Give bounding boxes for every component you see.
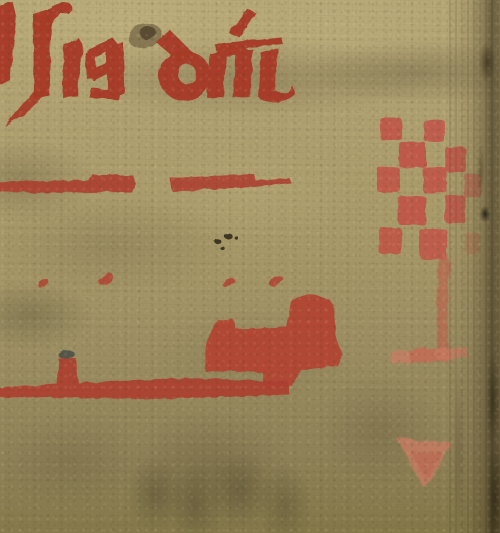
faded-red-marks-group	[391, 257, 468, 489]
checker-square-5	[377, 167, 400, 192]
checkerboard-ornament	[377, 118, 481, 259]
checker-square-2	[424, 120, 445, 142]
checker-square-12	[465, 233, 479, 253]
rubric-abbrev-slash	[229, 9, 256, 38]
rubric-letter-n	[207, 45, 253, 98]
rubric-artwork-layer	[0, 0, 500, 533]
checker-square-6	[423, 167, 446, 193]
red-dot-4	[268, 274, 285, 289]
neume-ligature	[205, 294, 343, 389]
rubric-letter-partial	[0, 2, 16, 88]
checker-square-1	[380, 118, 402, 140]
checker-square-9	[445, 195, 465, 223]
rubric-letter-d-bowl	[159, 51, 211, 101]
checker-square-7	[464, 174, 481, 198]
rubric-letter-a	[85, 38, 125, 100]
cross-stroke-core	[408, 348, 437, 363]
ink-specks	[215, 233, 238, 251]
staff-line-segment-2	[170, 174, 291, 191]
red-ink-group	[0, 2, 343, 399]
rubric-letter-i2	[258, 48, 295, 102]
red-dot-3	[221, 276, 236, 289]
staff-line-segment-1	[0, 175, 137, 193]
checker-square-10	[379, 228, 402, 254]
red-dot-2	[97, 271, 115, 286]
manuscript-page	[0, 0, 500, 533]
checker-square-3	[399, 142, 426, 168]
checker-square-4	[445, 147, 466, 172]
red-dot-1	[36, 277, 50, 290]
rubric-letter-h-descender	[5, 88, 47, 127]
checker-square-11	[420, 229, 447, 259]
rubric-letter-i1	[62, 38, 83, 97]
checker-descender-line	[437, 257, 449, 362]
rubric-letter-h-flourish	[40, 2, 73, 31]
checker-square-8	[398, 196, 426, 225]
